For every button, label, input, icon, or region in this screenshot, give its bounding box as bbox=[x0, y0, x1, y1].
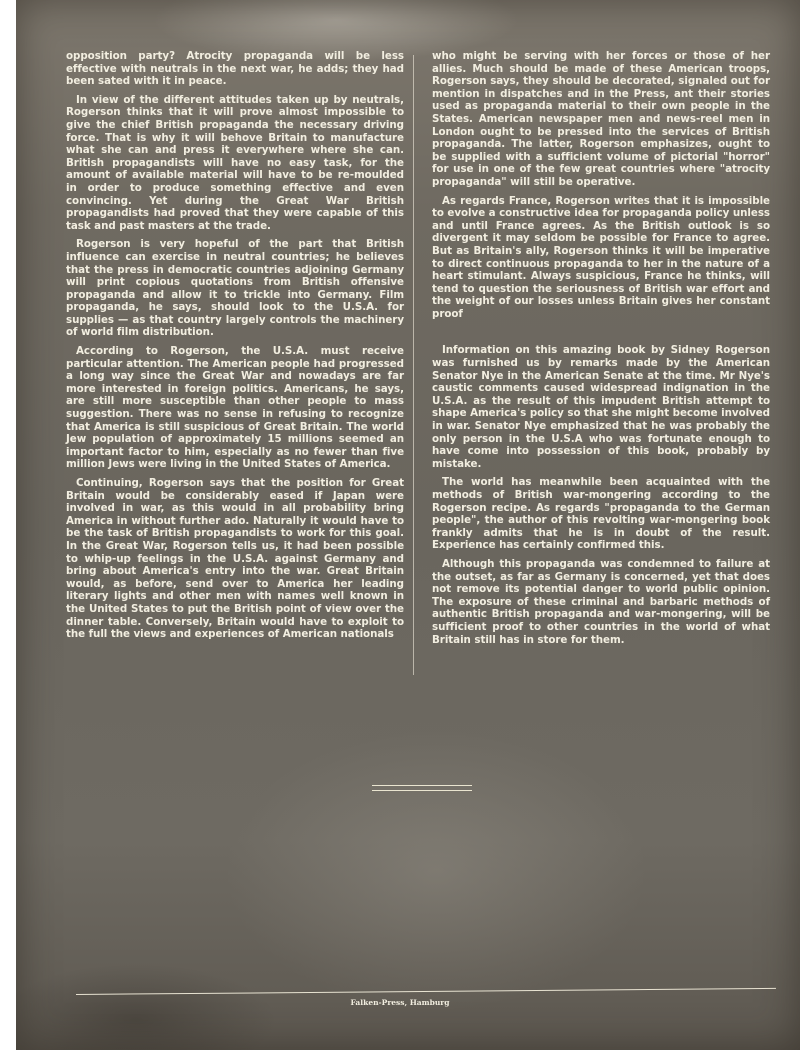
paragraph: opposition party? Atrocity propaganda wi… bbox=[66, 50, 404, 88]
paragraph: Continuing, Rogerson says that the posit… bbox=[66, 477, 404, 641]
paragraph: As regards France, Rogerson writes that … bbox=[432, 195, 770, 321]
paragraph: who might be serving with her forces or … bbox=[432, 50, 770, 189]
right-column: who might be serving with her forces or … bbox=[432, 50, 770, 652]
paragraph: The world has meanwhile been acquainted … bbox=[432, 476, 770, 552]
column-divider bbox=[413, 55, 414, 675]
section-break bbox=[432, 326, 770, 344]
paragraph: Information on this amazing book by Sidn… bbox=[432, 344, 770, 470]
paragraph: In view of the different attitudes taken… bbox=[66, 94, 404, 233]
end-of-article-rule bbox=[372, 785, 472, 791]
paragraph: Rogerson is very hopeful of the part tha… bbox=[66, 238, 404, 339]
paragraph: Although this propaganda was condemned t… bbox=[432, 558, 770, 646]
left-column: opposition party? Atrocity propaganda wi… bbox=[66, 50, 404, 647]
publisher-imprint: Falken-Press, Hamburg bbox=[0, 998, 800, 1007]
paragraph: According to Rogerson, the U.S.A. must r… bbox=[66, 345, 404, 471]
